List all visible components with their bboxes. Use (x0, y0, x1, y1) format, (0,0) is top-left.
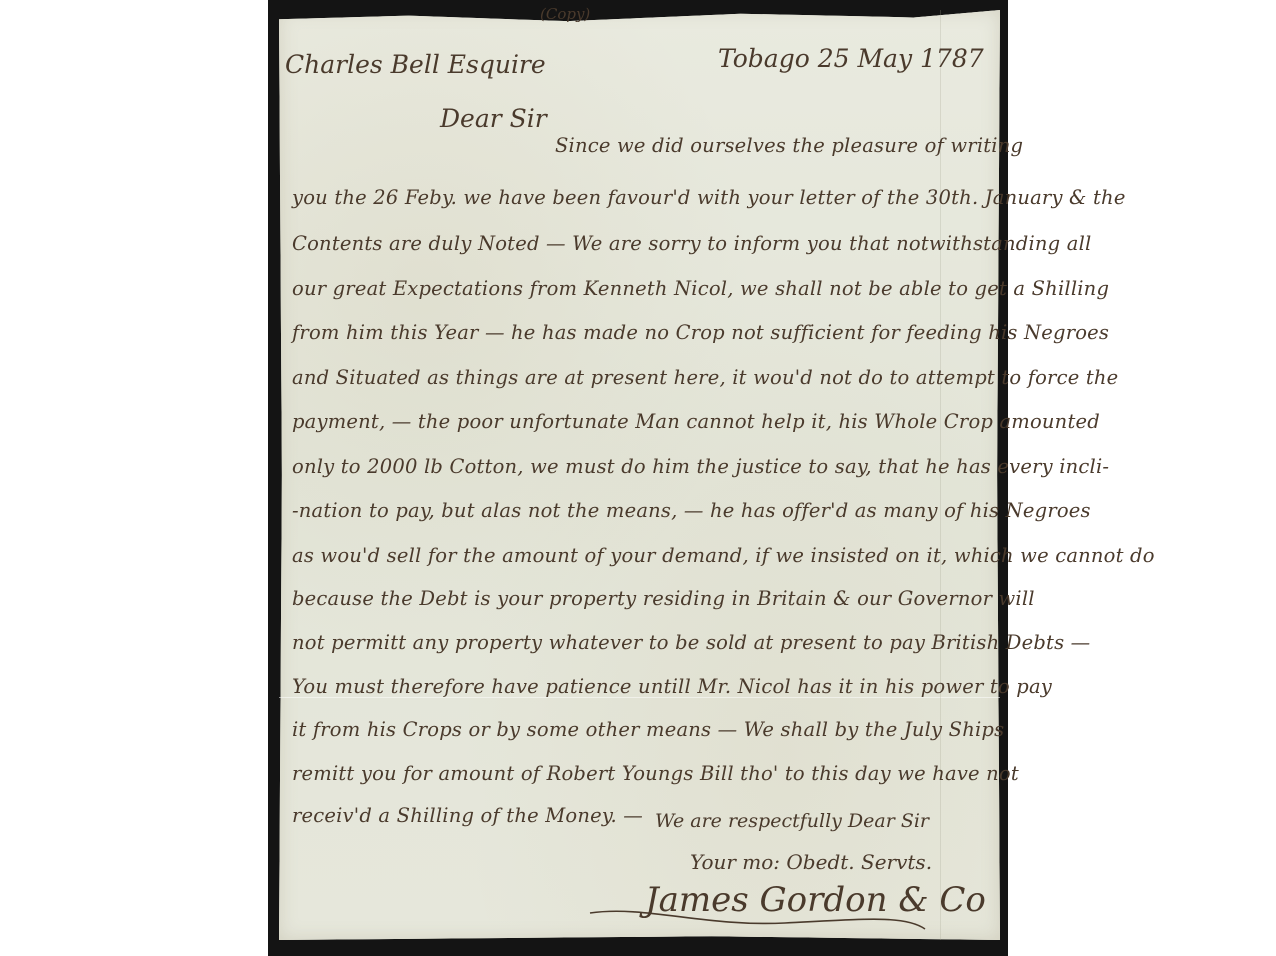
copy-mark: (Copy) (540, 5, 590, 23)
body-line: our great Expectations from Kenneth Nico… (292, 277, 1109, 300)
body-line: only to 2000 lb Cotton, we must do him t… (292, 455, 1109, 478)
body-line: as wou'd sell for the amount of your dem… (292, 544, 1155, 567)
body-line: remitt you for amount of Robert Youngs B… (292, 762, 1019, 785)
place-date: Tobago 25 May 1787 (718, 44, 984, 73)
body-line: you the 26 Feby. we have been favour'd w… (292, 186, 1126, 209)
body-line: payment, — the poor unfortunate Man cann… (292, 410, 1100, 433)
body-line: -nation to pay, but alas not the means, … (292, 499, 1091, 522)
closing-line2: Your mo: Obedt. Servts. (690, 850, 932, 874)
signature-flourish-icon (585, 905, 930, 935)
body-line: because the Debt is your property residi… (292, 587, 1035, 610)
body-line: from him this Year — he has made no Crop… (292, 321, 1109, 344)
addressee: Charles Bell Esquire (285, 50, 546, 79)
body-line: You must therefore have patience untill … (292, 675, 1052, 698)
body-line: and Situated as things are at present he… (292, 366, 1118, 389)
salutation: Dear Sir (440, 104, 547, 133)
closing: We are respectfully Dear Sir (655, 810, 929, 832)
body-line: Since we did ourselves the pleasure of w… (555, 134, 1023, 157)
body-line: not permitt any property whatever to be … (292, 631, 1090, 654)
body-line: Contents are duly Noted — We are sorry t… (292, 232, 1091, 255)
body-line: receiv'd a Shilling of the Money. — (292, 804, 643, 827)
body-line: it from his Crops or by some other means… (292, 718, 1004, 741)
